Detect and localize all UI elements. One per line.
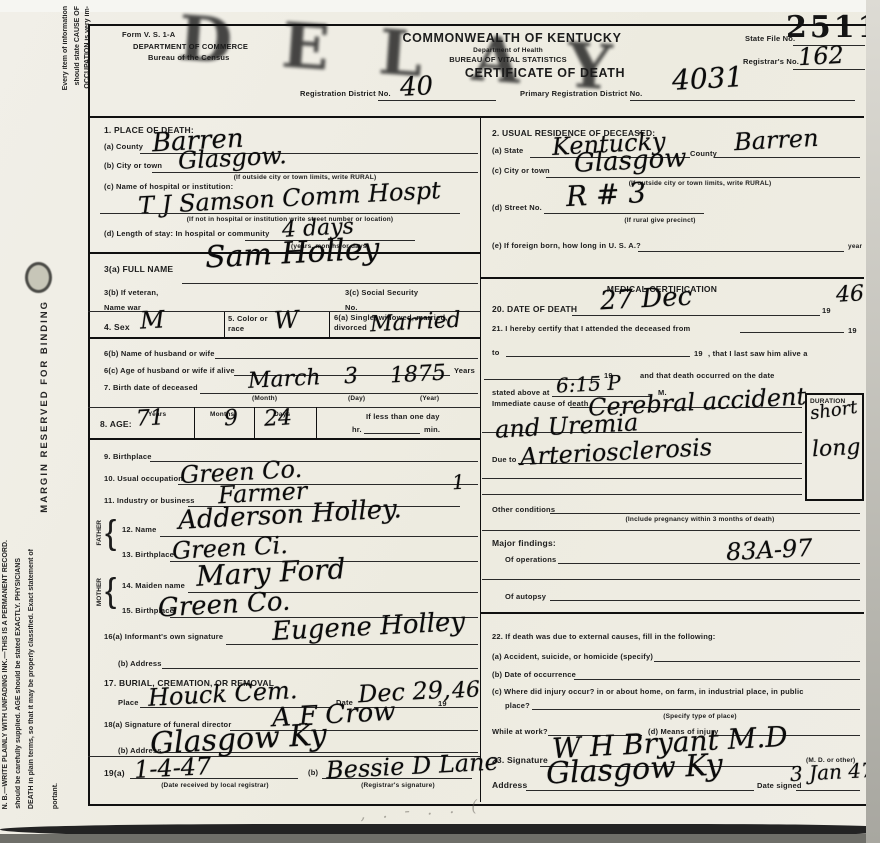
stay-label: (d) Length of stay: In hospital or commu… — [104, 229, 269, 238]
hw-age-months: 9 — [223, 406, 238, 432]
age-label: 8. AGE: — [100, 419, 132, 429]
less-than-day-label: If less than one day — [366, 412, 440, 421]
form-line — [215, 358, 478, 359]
year-note: (Year) — [420, 395, 439, 402]
scan-edge-bottom — [0, 834, 880, 843]
occupation-label: 10. Usual occupation — [104, 474, 183, 483]
date-received-note: (Date received by local registrar) — [161, 782, 269, 789]
hw-age-days: 24 — [263, 405, 292, 431]
form-line — [550, 600, 860, 601]
cell-divider — [316, 407, 317, 438]
cell-divider — [194, 407, 195, 438]
mother-label: MOTHER — [96, 578, 103, 606]
burial-date-year-prefix: 19 — [438, 699, 447, 708]
ssn-label: 3(c) Social Security — [345, 288, 418, 297]
form-line — [740, 332, 844, 333]
veteran-label: 3(b) If veteran, — [104, 288, 158, 297]
of-operations-label: Of operations — [505, 555, 556, 564]
hw-birth-month: March — [247, 365, 321, 394]
form-line — [714, 157, 860, 158]
other-conditions-note: (Include pregnancy within 3 months of de… — [626, 516, 775, 523]
ssn-no-label: No. — [345, 303, 358, 312]
form-line — [145, 311, 333, 312]
margin-note-portant: portant. — [52, 783, 59, 809]
form-line — [100, 213, 460, 214]
hw-date-received: 1-4-47 — [133, 752, 212, 784]
spouse-age-label: 6(c) Age of husband or wife if alive — [104, 366, 235, 375]
form-line — [482, 530, 860, 531]
form-line — [162, 668, 478, 669]
registrar-b-label: (b) — [308, 768, 318, 777]
form-line — [482, 494, 802, 495]
stated-above-label: stated above at — [492, 388, 550, 397]
form-line — [558, 563, 860, 564]
certify-line3: and that death occurred on the date — [640, 371, 775, 380]
foreign-year-suffix: year — [848, 243, 862, 250]
hw-age-years: 71 — [135, 405, 164, 431]
injury-place-label: place? — [505, 701, 530, 710]
street-note: (If rural give precinct) — [624, 217, 695, 224]
residence-county-label: County — [690, 149, 717, 158]
form-line — [182, 283, 478, 284]
hr-label: hr. — [352, 425, 362, 434]
veteran-war-label: Name war — [104, 303, 141, 312]
informant-address-label: (b) Address — [118, 659, 162, 668]
external-causes-heading: 22. If death was due to external causes,… — [492, 632, 715, 641]
city-label: (b) City or town — [104, 161, 162, 170]
form-line — [364, 433, 420, 434]
margin-note-nb: N. B.—WRITE PLAINLY WITH UNFADING INK.—T… — [2, 540, 9, 809]
residence-city-note: (If outside city or town limits, write R… — [629, 180, 772, 187]
form-line — [654, 661, 860, 662]
due-to-label: Due to — [492, 455, 517, 464]
while-at-work-label: While at work? — [492, 727, 548, 736]
form-line — [226, 644, 478, 645]
form-line — [550, 513, 860, 514]
hw-marital: Married — [369, 308, 461, 338]
full-name-label: 3(a) FULL NAME — [104, 264, 173, 274]
dod-year-prefix: 19 — [822, 306, 831, 315]
cell-divider — [254, 407, 255, 438]
residence-state-label: (a) State — [492, 146, 523, 155]
birthdate-label: 7. Birth date of deceased — [104, 383, 198, 392]
hw-birth-year: 1875 — [389, 361, 446, 389]
hw-operations-findings: 83A-97 — [725, 534, 813, 566]
certify-line2b: , that I last saw him alive a — [708, 349, 808, 358]
min-label: min. — [424, 425, 440, 434]
form-border-line — [480, 277, 864, 279]
form-border-line — [88, 116, 864, 118]
years-suffix-label: Years — [454, 366, 475, 375]
margin-binding-label: MARGIN RESERVED FOR BINDING — [39, 300, 50, 513]
margin-note-cause: should state CAUSE OF — [74, 6, 81, 85]
scan-edge-top — [0, 0, 880, 12]
mother-brace: { — [105, 572, 116, 611]
race-label: 5. Color or — [228, 314, 268, 323]
month-note: (Month) — [252, 395, 277, 402]
certify-year-b: 19 — [694, 349, 703, 358]
cell-divider — [329, 311, 330, 337]
birthplace-label: 9. Birthplace — [104, 452, 152, 461]
burial-place-label: Place — [118, 698, 139, 707]
binder-punch-hole — [25, 262, 52, 293]
industry-label: 11. Industry or business — [104, 496, 195, 505]
form-line — [532, 709, 860, 710]
date-received-label: 19(a) — [104, 768, 125, 778]
marital-label-2: divorced — [334, 323, 367, 332]
form-line — [574, 679, 860, 680]
hw-duration-2: long — [811, 435, 861, 463]
hw-stray-mark: 1 — [451, 470, 465, 495]
hw-birth-day: 3 — [343, 364, 358, 390]
hw-burial-date-year: 46 — [451, 677, 480, 703]
hw-residence-county: Barren — [733, 124, 819, 156]
hw-date-signed: 3 Jan 47 — [789, 758, 874, 786]
margin-note-supplied: should be carefully supplied. AGE should… — [15, 558, 22, 809]
hw-dod-year: 46 — [835, 281, 864, 307]
father-birthplace-label: 13. Birthplace — [122, 550, 174, 559]
form-line — [544, 213, 704, 214]
father-name-label: 12. Name — [122, 525, 157, 534]
margin-note-death: DEATH in plain terms, so that it may be … — [28, 549, 35, 809]
form-border-line — [88, 337, 480, 339]
sex-label: 4. Sex — [104, 322, 130, 332]
spouse-label: 6(b) Name of husband or wife — [104, 349, 215, 358]
father-brace: { — [105, 514, 116, 553]
major-findings-label: Major findings: — [492, 538, 556, 548]
physician-address-label: Address — [492, 780, 527, 790]
certify-line1: 21. I hereby certify that I attended the… — [492, 324, 690, 333]
form-border-line — [480, 612, 864, 614]
place-type-note: (Specify type of place) — [663, 713, 737, 720]
other-conditions-label: Other conditions — [492, 505, 555, 514]
margin-note-info: Every item of information — [62, 6, 69, 90]
registrar-signature-note: (Registrar's signature) — [361, 782, 435, 789]
day-note: (Day) — [348, 395, 365, 402]
race-label-2: race — [228, 324, 244, 333]
form-line — [200, 393, 478, 394]
form-line — [506, 356, 690, 357]
street-label: (d) Street No. — [492, 203, 542, 212]
form-line — [796, 790, 860, 791]
form-line — [638, 251, 844, 252]
certify-year-a: 19 — [848, 326, 857, 335]
hw-date-of-death: 27 Dec — [599, 282, 693, 317]
father-label: FATHER — [96, 520, 103, 546]
hw-street: R # 3 — [565, 176, 647, 213]
form-border-line — [88, 438, 480, 440]
injury-where-label: (c) Where did injury occur? in or about … — [492, 687, 804, 696]
accident-label: (a) Accident, suicide, or homicide (spec… — [492, 652, 653, 661]
residence-city-label: (c) City or town — [492, 166, 550, 175]
certify-to-label: to — [492, 348, 499, 357]
hw-sex: M — [139, 305, 165, 334]
hw-residence-city: Glasgow — [573, 143, 687, 179]
hw-race: W — [273, 305, 299, 334]
informant-sig-label: 16(a) Informant's own signature — [104, 632, 223, 641]
cell-divider — [224, 311, 225, 337]
scanned-death-certificate: N. B.—WRITE PLAINLY WITH UNFADING INK.—T… — [0, 0, 880, 843]
physician-signature-label: 23. Signature — [492, 755, 548, 765]
mother-name-label: 14. Maiden name — [122, 581, 185, 590]
scan-edge-right — [866, 0, 880, 843]
form-line — [482, 579, 860, 580]
county-label: (a) County — [104, 142, 143, 151]
occurrence-date-label: (b) Date of occurrence — [492, 670, 576, 679]
foreign-born-label: (e) If foreign born, how long in U. S. A… — [492, 241, 641, 250]
of-autopsy-label: Of autopsy — [505, 592, 546, 601]
form-line — [482, 478, 802, 479]
date-of-death-label: 20. DATE OF DEATH — [492, 304, 577, 314]
hw-death-city: Glasgow. — [177, 141, 287, 175]
